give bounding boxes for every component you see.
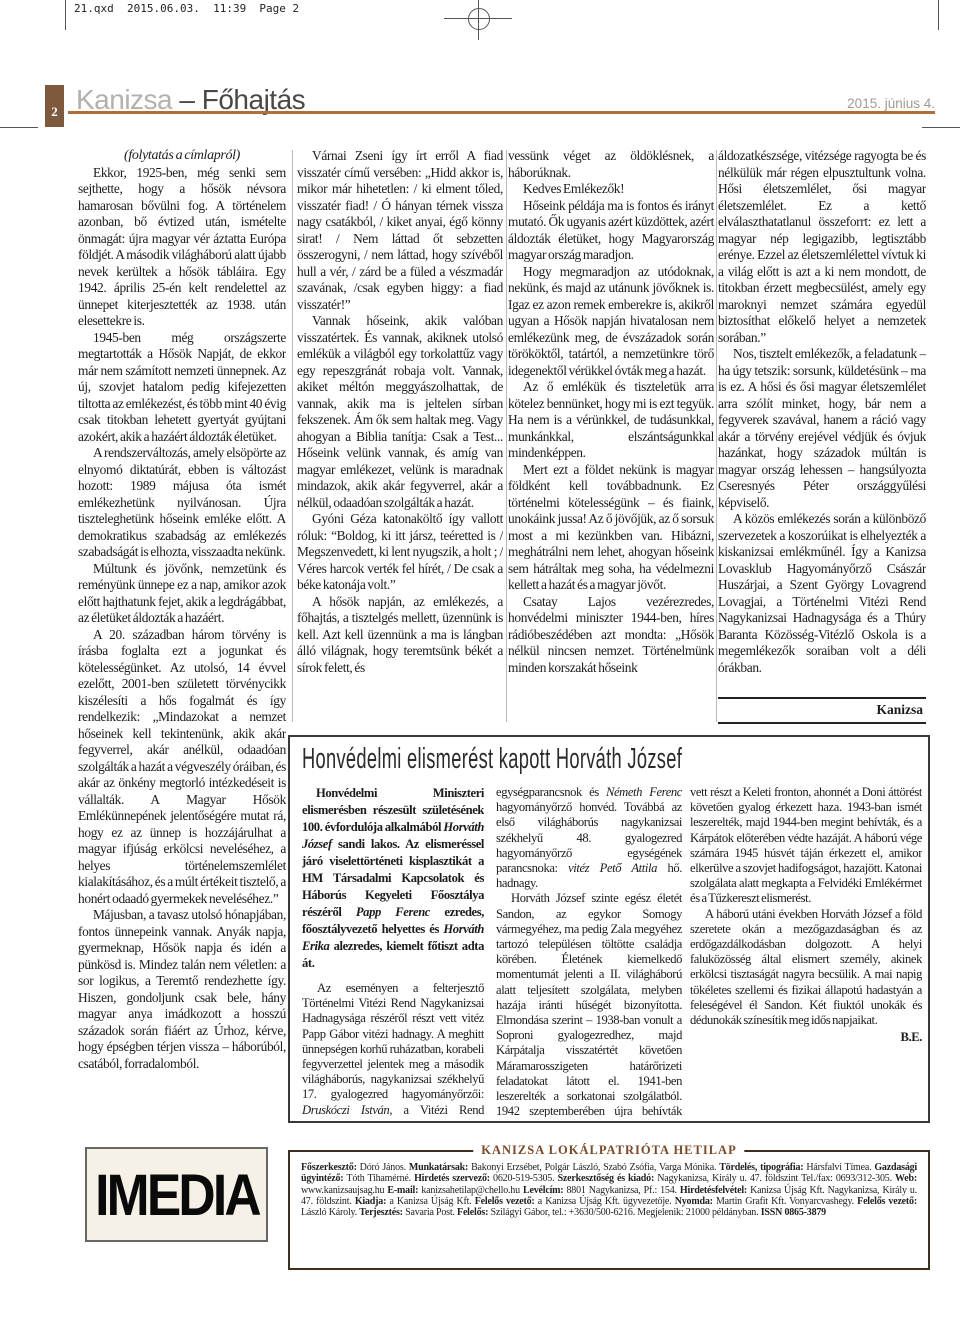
paragraph: Hőseink példája ma is fontos és irányt m… <box>508 198 714 264</box>
paragraph: Várnai Zseni így írt erről A fiad vissza… <box>297 148 503 313</box>
column-divider <box>506 150 507 722</box>
paragraph: Vannak hőseink, akik valóban visszatérte… <box>297 313 503 511</box>
column-divider <box>716 150 717 722</box>
newspaper-page: 21.qxd 2015.06.03. 11:39 Page 2 2 Kanizs… <box>0 0 960 1328</box>
imedia-logo: IMEDIA <box>95 1160 259 1228</box>
paragraph: vett részt a Keleti fronton, ahonnét a D… <box>690 785 922 907</box>
paragraph: Az ő emlékük és tiszteletük arra kötelez… <box>508 379 714 462</box>
article1-column-4: áldozatkészsége, vitézsége ragyogta be é… <box>718 148 926 693</box>
crop-mark-left <box>65 0 66 30</box>
paragraph: 1945-ben még országszerte megtartották a… <box>78 330 286 446</box>
paragraph: Horváth József szinte egész életét Sando… <box>496 891 682 1117</box>
page-number-badge: 2 <box>45 85 64 127</box>
paragraph: Honvédelmi Miniszteri elismerésben része… <box>302 785 484 972</box>
paragraph: Ekkor, 1925-ben, még senki sem sejthette… <box>78 165 286 330</box>
article2-headline: Honvédelmi elismerést kapott Horváth Józ… <box>302 743 682 776</box>
masthead-title: KANIZSA LOKÁLPATRIÓTA HETILAP <box>473 1143 744 1158</box>
paragraph: A háború utáni években Horváth József a … <box>690 907 922 1029</box>
column-divider <box>292 150 293 722</box>
trim-tick-left <box>0 127 38 128</box>
article1-column-1: (folytatás a címlapról)Ekkor, 1925-ben, … <box>78 148 286 1148</box>
paragraph: B.E. <box>690 1030 922 1045</box>
trim-tick-right <box>922 127 960 128</box>
masthead-body: Főszerkesztő: Dóró János. Munkatársak: B… <box>290 1152 928 1218</box>
paragraph: Az eseményen a felterjesztő Történelmi V… <box>302 981 484 1117</box>
article1-column-2: Várnai Zseni így írt erről A fiad vissza… <box>297 148 503 726</box>
paragraph: Mert ezt a földet nekünk is magyar földk… <box>508 462 714 594</box>
paragraph: A rendszerváltozás, amely elsöpörte az e… <box>78 445 286 561</box>
issue-date: 2015. június 4. <box>847 96 935 111</box>
article2-column-c: vett részt a Keleti fronton, ahonnét a D… <box>690 785 922 1117</box>
paragraph: A közös emlékezés során a különböző szer… <box>718 511 926 676</box>
paragraph: áldozatkészsége, vitézsége ragyogta be é… <box>718 148 926 346</box>
article2-column-a: Honvédelmi Miniszteri elismerésben része… <box>302 785 484 1117</box>
article1-signature: Kanizsa <box>718 697 926 724</box>
article1-column-3: vessünk véget az öldöklésnek, a háborúkn… <box>508 148 714 726</box>
paragraph: (folytatás a címlapról) <box>78 148 286 165</box>
article2-column-b: egységparancsnok és Németh Ferenc hagyom… <box>496 785 682 1117</box>
paragraph: Gyóni Géza katonaköltő így vallott róluk… <box>297 511 503 594</box>
prepress-file-info: 21.qxd 2015.06.03. 11:39 Page 2 <box>74 2 299 15</box>
paragraph: A 20. században három törvény is írásba … <box>78 627 286 908</box>
crop-mark-right <box>938 0 939 30</box>
registration-mark-icon <box>468 8 490 30</box>
paragraph: A hősök napján, az emlékezés, a főhajtás… <box>297 594 503 677</box>
paragraph: Kedves Emlékezők! <box>508 181 714 198</box>
article2-box: Honvédelmi elismerést kapott Horváth Józ… <box>288 735 930 1123</box>
paragraph: Csatay Lajos vezérezredes, honvédelmi mi… <box>508 594 714 677</box>
paragraph: vessünk véget az öldöklésnek, a háborúkn… <box>508 148 714 181</box>
paragraph: Hogy megmaradjon az utódoknak, nekünk, é… <box>508 264 714 380</box>
header-rule <box>68 111 935 114</box>
imedia-ad: IMEDIA <box>85 1147 268 1242</box>
paragraph: Nos, tisztelt emlékezők, a feladatunk – … <box>718 346 926 511</box>
paragraph: Májusban, a tavasz utolsó hónapjában, fo… <box>78 907 286 1072</box>
paragraph: egységparancsnok és Németh Ferenc hagyom… <box>496 785 682 891</box>
paragraph: Múltunk és jövőnk, nemzetünk és reményün… <box>78 561 286 627</box>
masthead-box: KANIZSA LOKÁLPATRIÓTA HETILAP Főszerkesz… <box>288 1150 930 1270</box>
